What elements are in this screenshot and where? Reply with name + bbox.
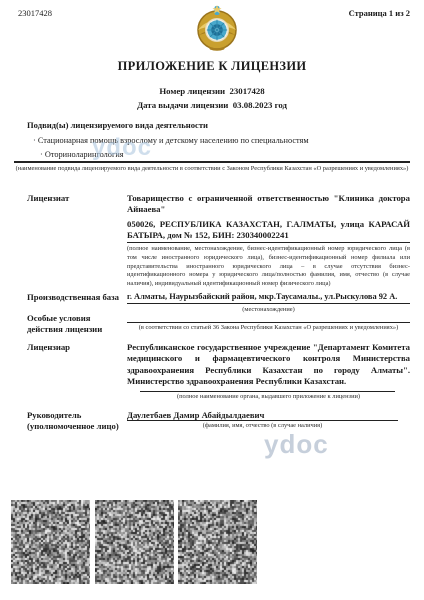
license-annex-page: 23017428 Страница 1 из 2 ПРИЛОЖЕНИЕ К ЛИ…: [0, 0, 424, 600]
subtypes-caption: (наименование подвида лицензируемого вид…: [12, 165, 412, 174]
page-indicator: Страница 1 из 2: [349, 8, 410, 18]
subtype-item: Стационарная помощь взрослому и детскому…: [33, 136, 309, 145]
license-number-value: 23017428: [230, 86, 265, 96]
head-person-caption: (фамилия, имя, отчество (в случае наличи…: [127, 422, 398, 431]
divider: [140, 391, 395, 392]
head-person-label: Руководитель (уполномоченное лицо): [27, 410, 119, 432]
licensee-caption: (полное наименование, местонахождение, б…: [127, 245, 410, 289]
license-date-line: Дата выдачи лицензии 03.08.2023 год: [0, 100, 424, 110]
divider: [127, 322, 410, 323]
licensor-caption: (полное наименование органа, выдавшего п…: [127, 393, 410, 402]
head-person-label-line1: Руководитель: [27, 410, 119, 421]
subtypes-heading: Подвид(ы) лицензируемого вида деятельнос…: [27, 120, 208, 130]
license-number-line: Номер лицензии 23017428: [0, 86, 424, 96]
license-date-label: Дата выдачи лицензии: [137, 100, 228, 110]
production-base-caption: (местонахождение): [127, 306, 410, 315]
production-base-value: г. Алматы, Наурызбайский район, мкр.Таус…: [127, 292, 410, 303]
document-number: 23017428: [18, 8, 52, 18]
licensee-address: 050026, РЕСПУБЛИКА КАЗАХСТАН, Г.АЛМАТЫ, …: [127, 219, 410, 242]
license-number-label: Номер лицензии: [159, 86, 225, 96]
divider: [127, 242, 410, 243]
special-conditions-caption: (в соответствии со статьей 36 Закона Рес…: [127, 324, 410, 333]
special-conditions-label: Особые условия действия лицензии: [27, 313, 102, 335]
production-base-label: Производственная база: [27, 292, 119, 303]
licensee-label: Лицензиат: [27, 193, 69, 204]
divider: [127, 303, 410, 304]
kazakhstan-coat-of-arms-icon: [196, 5, 238, 52]
watermark: ydoc: [92, 134, 152, 162]
licensor-label: Лицензиар: [27, 342, 70, 353]
licensee-name: Товарищество с ограниченной ответственно…: [127, 193, 410, 216]
divider: [127, 420, 398, 421]
special-conditions-label-line2: действия лицензии: [27, 324, 102, 335]
head-person-label-line2: (уполномоченное лицо): [27, 421, 119, 432]
licensor-value: Республиканское государственное учрежден…: [127, 342, 410, 387]
watermark: ydoc: [264, 429, 329, 460]
qr-code-stamp: [95, 500, 174, 584]
divider: [14, 161, 410, 163]
special-conditions-label-line1: Особые условия: [27, 313, 102, 324]
page-title: ПРИЛОЖЕНИЕ К ЛИЦЕНЗИИ: [0, 59, 424, 74]
qr-code-stamp: [178, 500, 257, 584]
license-date-value: 03.08.2023 год: [233, 100, 287, 110]
qr-code-stamp: [11, 500, 90, 584]
